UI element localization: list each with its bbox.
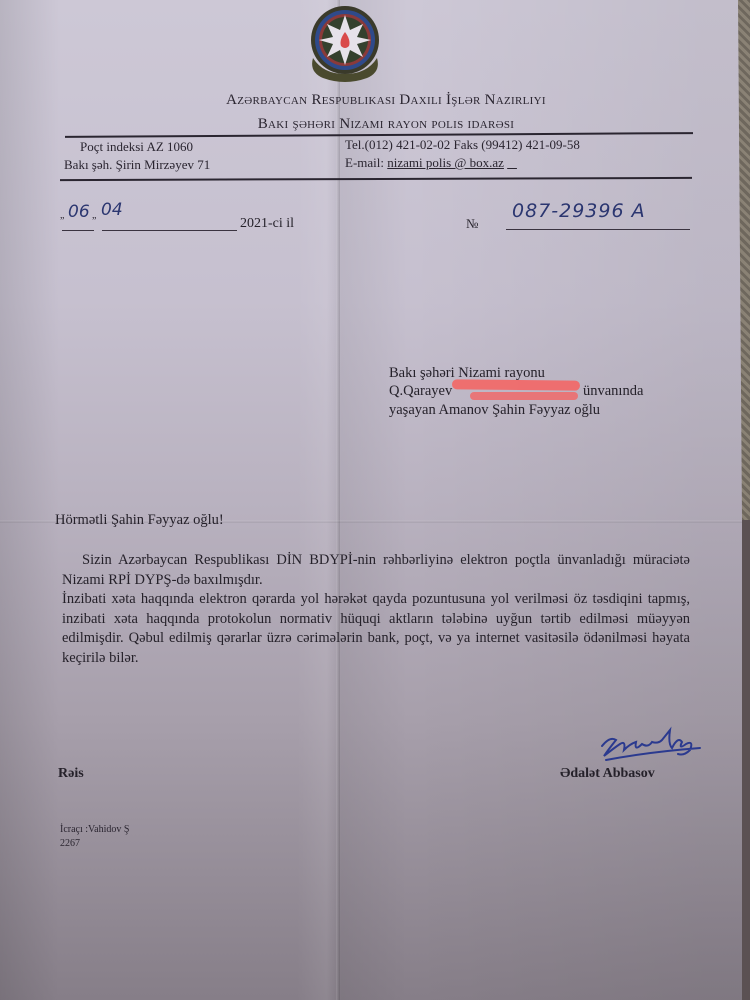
department-name: Bakı şəhəri Nizami rayon polis idarəsi bbox=[0, 116, 742, 133]
street-address: Bakı şəh. Şirin Mirzəyev 71 bbox=[64, 157, 210, 173]
body-paragraph-1: Sizin Azərbaycan Respublikası DİN BDYPİ-… bbox=[62, 551, 690, 590]
paragraph-2-text: İnzibati xəta haqqında elektron qərarda … bbox=[62, 590, 690, 668]
recipient-line-2-end: ünvanında bbox=[583, 383, 643, 400]
number-symbol: № bbox=[466, 216, 478, 232]
phone-fax: Tel.(012) 421-02-02 Faks (99412) 421-09-… bbox=[345, 137, 580, 153]
email-label: E-mail: bbox=[345, 155, 384, 170]
recipient-line-3: yaşayan Amanov Şahin Fəyyaz oğlu bbox=[389, 402, 600, 419]
email-address: nizami polis @ box.az bbox=[387, 155, 504, 170]
paragraph-1-text: Sizin Azərbaycan Respublikası DİN BDYPİ-… bbox=[62, 551, 690, 590]
signatory-title: Rəis bbox=[58, 766, 84, 782]
salutation: Hörmətli Şahin Fəyyaz oğlu! bbox=[55, 512, 224, 529]
number-underline bbox=[506, 229, 690, 230]
paper-fold-vertical bbox=[336, 0, 340, 1000]
date-day-underline bbox=[62, 230, 94, 231]
signatory-name: Ədalət Abbasov bbox=[560, 766, 655, 782]
letter-page: Azərbaycan Respublikası Daxili İşlər Naz… bbox=[0, 0, 742, 1000]
email-line: E-mail: nizami polis @ box.az bbox=[345, 155, 517, 171]
body-paragraph-2: İnzibati xəta haqqında elektron qərarda … bbox=[62, 590, 690, 668]
date-month: 04 bbox=[101, 200, 123, 220]
recipient-line-2-start: Q.Qarayev bbox=[389, 383, 452, 400]
redaction-mark-2 bbox=[470, 392, 578, 400]
date-day: 06 bbox=[68, 202, 90, 222]
state-emblem-icon bbox=[303, 2, 387, 82]
header-divider-bottom bbox=[60, 177, 692, 181]
date-month-underline bbox=[102, 230, 237, 231]
postal-index: Poçt indeksi AZ 1060 bbox=[80, 139, 193, 155]
redaction-mark bbox=[452, 379, 580, 390]
executor-name: İcraçı :Vahidov Ş bbox=[60, 824, 129, 835]
document-number: 087-29396 A bbox=[512, 200, 646, 222]
ministry-name: Azərbaycan Respublikası Daxili İşlər Naz… bbox=[0, 92, 742, 109]
date-year: 2021-ci il bbox=[240, 216, 294, 232]
handwritten-signature-icon bbox=[598, 726, 706, 766]
executor-code: 2267 bbox=[60, 838, 80, 849]
